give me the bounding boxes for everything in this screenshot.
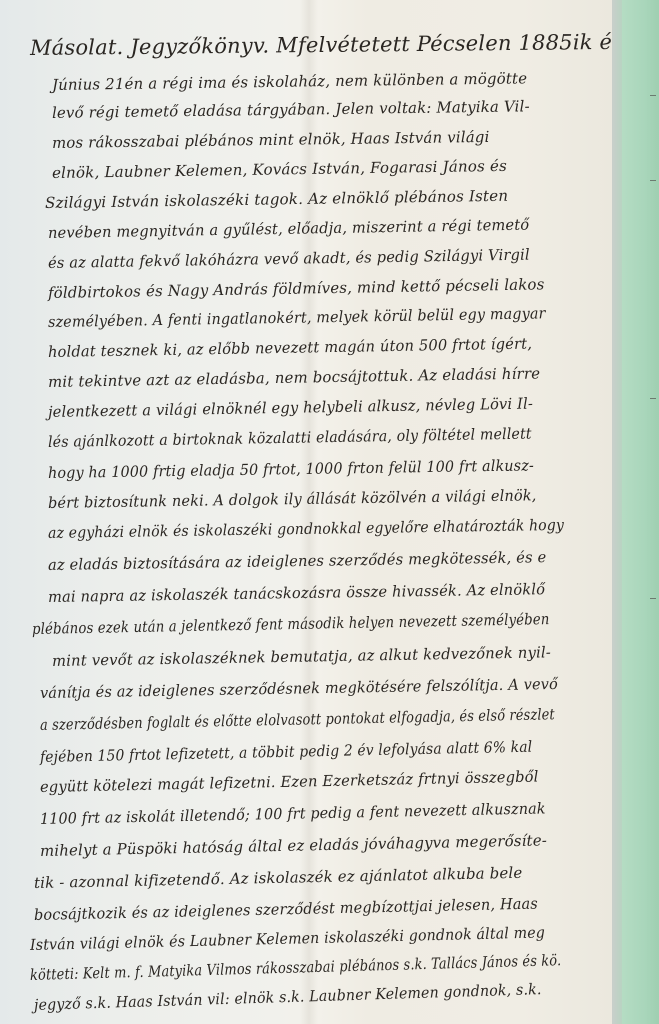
- text-line-title: Másolat. Jegyzőkönyv. Mfelvétetett Pécse…: [30, 30, 631, 60]
- page-edge-shadow: [612, 0, 622, 1024]
- text-line: bocsájtkozik és az ideiglenes szerződést…: [34, 895, 538, 924]
- edge-mark: [650, 180, 656, 181]
- edge-mark: [650, 95, 656, 96]
- text-line: 1100 frt az iskolát illetendő; 100 frt p…: [40, 799, 546, 828]
- document-page: Másolat. Jegyzőkönyv. Mfelvétetett Pécse…: [0, 0, 612, 1024]
- text-line: kötteti: Kelt m. f. Matyika Vilmos rákos…: [30, 951, 562, 984]
- text-line: Június 21én a régi ima és iskolaház, nem…: [52, 69, 527, 94]
- text-line: és az alatta fekvő lakóházra vevő akadt,…: [48, 246, 530, 272]
- text-line: István világi elnök és Laubner Kelemen i…: [30, 923, 545, 954]
- text-line: holdat tesznek ki, az előbb nevezett mag…: [48, 335, 532, 361]
- text-line: plébános ezek után a jelentkező fent más…: [32, 610, 550, 638]
- text-line: fejében 150 frtot lefizetett, a többit p…: [40, 738, 533, 766]
- text-line: vánítja és az ideiglenes szerződésnek me…: [40, 675, 558, 702]
- text-line: mai napra az iskolaszék tanácskozásra ös…: [48, 580, 545, 606]
- text-line: levő régi temető eladása tárgyában. Jele…: [52, 97, 530, 122]
- text-line: jegyző s.k. Haas István vil: elnök s.k. …: [34, 980, 542, 1014]
- text-line: a szerződésben foglalt és előtte elolvas…: [40, 705, 555, 734]
- edge-mark: [650, 398, 656, 399]
- book-binding-edge: [622, 0, 659, 1024]
- text-line: elnök, Laubner Kelemen, Kovács István, F…: [52, 157, 507, 182]
- text-line: földbirtokos és Nagy András földmíves, m…: [48, 275, 545, 302]
- text-line: lés ajánlkozott a birtoknak közalatti el…: [48, 425, 532, 451]
- text-line: jelentkezett a világi elnöknél egy helyb…: [48, 395, 533, 421]
- text-line: tik - azonnal kifizetendő. Az iskolaszék…: [34, 864, 523, 892]
- text-line: mihelyt a Püspöki hatóság által ez eladá…: [40, 831, 547, 860]
- text-line: bért biztosítunk neki. A dolgok ily állá…: [48, 486, 537, 512]
- text-line: Szilágyi István iskolaszéki tagok. Az el…: [45, 187, 508, 212]
- text-line: személyében. A fenti ingatlanokért, mely…: [48, 304, 546, 331]
- text-line: az eladás biztosítására az ideiglenes sz…: [48, 548, 547, 574]
- text-line: nevében megnyitván a gyűlést, előadja, m…: [48, 216, 530, 242]
- text-line: mit tekintve azt az eladásba, nem bocsáj…: [48, 364, 541, 391]
- text-line: mos rákosszabai plébános mint elnök, Haa…: [52, 128, 490, 152]
- text-line: együtt kötelezi magát lefizetni. Ezen Ez…: [40, 768, 539, 796]
- edge-mark: [650, 598, 656, 599]
- text-line: hogy ha 1000 frtig eladja 50 frtot, 1000…: [48, 456, 534, 482]
